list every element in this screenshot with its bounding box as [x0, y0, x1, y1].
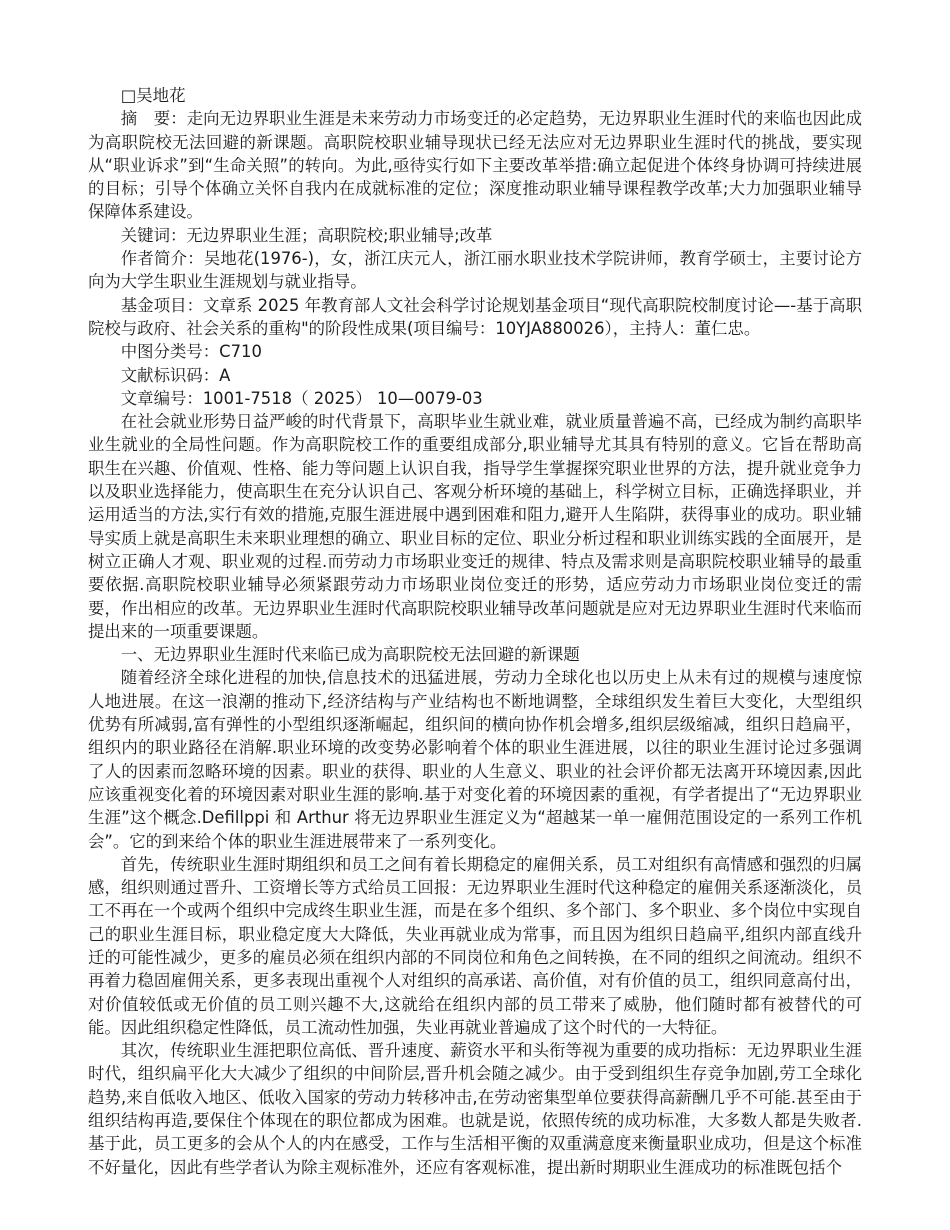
document-code: 文献标识码：A — [88, 364, 862, 387]
intro-paragraph: 在社会就业形势日益严峻的时代背景下，高职毕业生就业难，就业质量普遍不高，已经成为… — [88, 410, 862, 643]
abstract: 摘 要：走向无边界职业生涯是未来劳动力市场变迁的必定趋势，无边界职业生涯时代的来… — [88, 107, 862, 223]
fund-project: 基金项目：文章系 2025 年教育部人文社会科学讨论规划基金项目“现代高职院校制… — [88, 294, 862, 341]
document-body: □吴地花摘 要：走向无边界职业生涯是未来劳动力市场变迁的必定趋势，无边界职业生涯… — [88, 84, 862, 1179]
section-1-heading: 一、无边界职业生涯时代来临已成为高职院校无法回避的新课题 — [88, 643, 862, 666]
clc-number: 中图分类号：C710 — [88, 340, 862, 363]
keywords: 关键词：无边界职业生涯；高职院校;职业辅导;改革 — [88, 224, 862, 247]
paragraph-secondly: 其次，传统职业生涯把职位高低、晋升速度、薪资水平和头衔等视为重要的成功指标：无边… — [88, 1039, 862, 1179]
article-id: 文章编号：1001-7518（ 2025） 10—0079-03 — [88, 387, 862, 410]
author-line: □吴地花 — [88, 84, 862, 107]
section-1-paragraph: 随着经济全球化进程的加快,信息技术的迅猛进展，劳动力全球化也以历史上从未有过的规… — [88, 666, 862, 852]
author-bio: 作者简介：吴地花(1976-)，女，浙江庆元人，浙江丽水职业技术学院讲师，教育学… — [88, 247, 862, 294]
paragraph-firstly: 首先，传统职业生涯时期组织和员工之间有着长期稳定的雇佣关系，员工对组织有高情感和… — [88, 853, 862, 1039]
document-page: □吴地花摘 要：走向无边界职业生涯是未来劳动力市场变迁的必定趋势，无边界职业生涯… — [0, 0, 950, 1230]
